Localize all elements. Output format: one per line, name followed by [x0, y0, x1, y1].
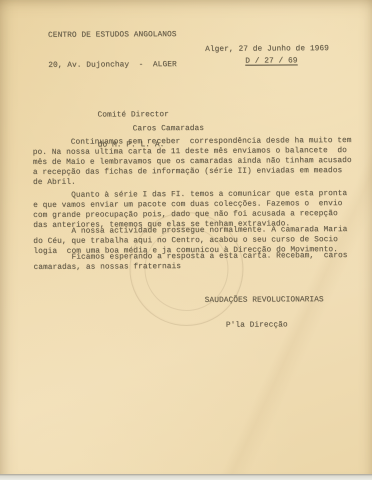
date-line: Alger, 27 de Junho de 1969	[205, 44, 329, 55]
letter-page: CENTRO DE ESTUDOS ANGOLANOS 20, Av. Dujo…	[0, 0, 372, 480]
addressee-line1: Comité Director	[98, 110, 169, 120]
embossed-seal-inner-ring	[137, 219, 236, 318]
body-paragraph-1: Continuamos sem receber correspondência …	[33, 136, 353, 188]
signature-line: P'la Direcção	[226, 320, 288, 330]
salutation: Caros Camaradas	[133, 124, 204, 134]
letterhead-org-name: CENTRO DE ESTUDOS ANGOLANOS	[48, 30, 177, 41]
letter-content: CENTRO DE ESTUDOS ANGOLANOS 20, Av. Dujo…	[0, 0, 372, 480]
letterhead-address: 20, Av. Dujonchay - ALGER	[48, 60, 177, 71]
scan-bottom-edge	[0, 474, 372, 480]
reference-number: D / 27 / 69	[245, 56, 297, 66]
letterhead: CENTRO DE ESTUDOS ANGOLANOS 20, Av. Dujo…	[48, 10, 177, 91]
